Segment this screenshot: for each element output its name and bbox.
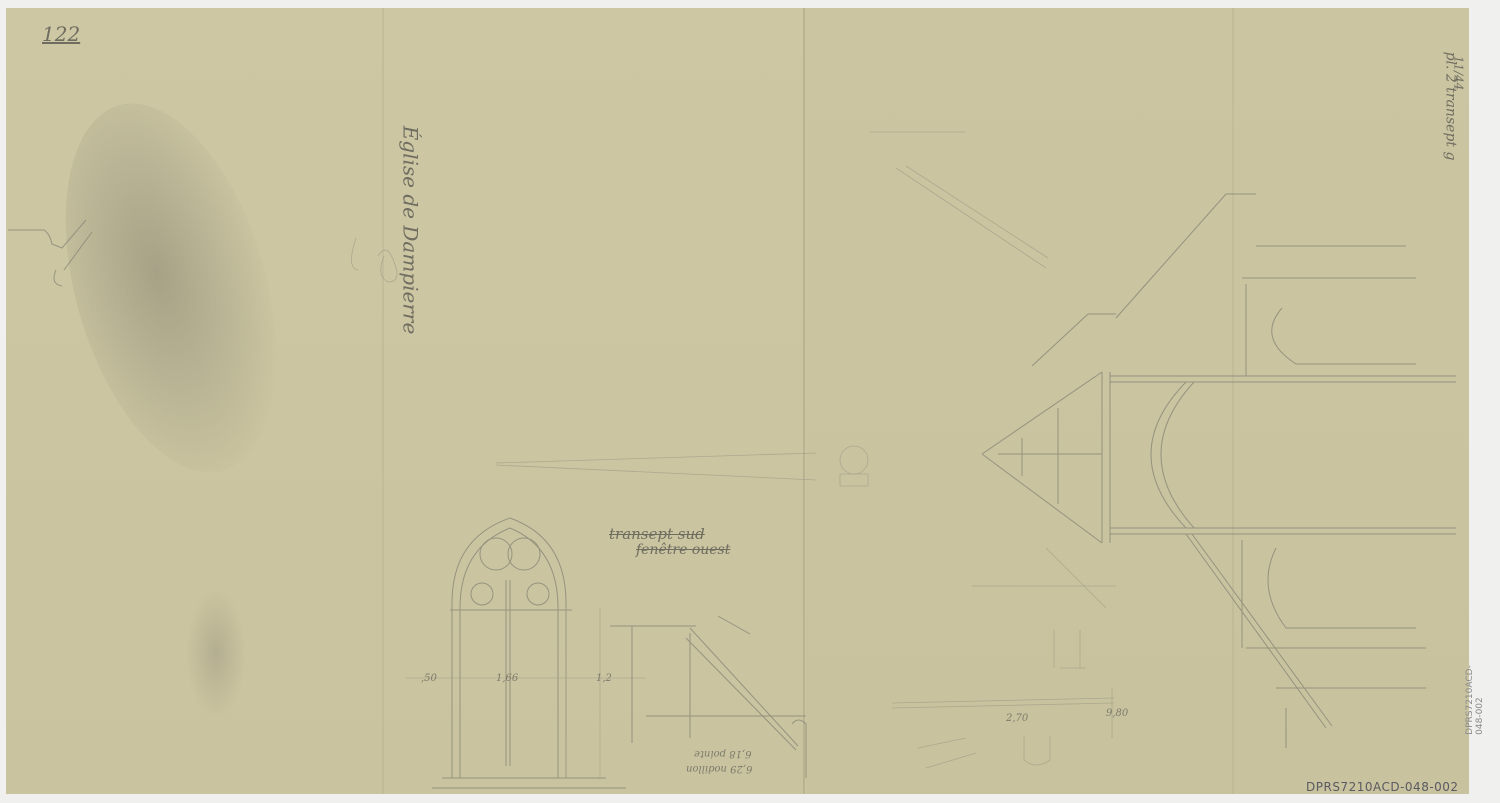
drawing-title: Église de Dampierre (398, 126, 422, 335)
dimension-c: 2,70 (1006, 713, 1028, 724)
roof-truss-section (982, 194, 1456, 748)
plate-reference-number: 11/44 (1451, 56, 1465, 91)
caption-window: fenêtre ouest (636, 542, 730, 558)
left-dimension: ,50 (421, 673, 437, 684)
window-width-dimension: 1,66 (496, 673, 518, 684)
drawing-sheet: 122 Église de Dampierre transept sud fen… (6, 8, 1469, 794)
molding-profiles (840, 446, 1116, 768)
inverted-note-2: 6,29 nodillon (686, 763, 752, 774)
dimension-b: 9,80 (1106, 708, 1128, 719)
caption-transept: transept sud (609, 525, 705, 543)
archive-reference: DPRS7210ACD-048-002 (1306, 780, 1459, 794)
dimension-a: 1,2 (596, 673, 612, 684)
inverted-note-1: 6,18 pointe (694, 748, 751, 759)
archive-side-reference: DPRS7210ACD-048-002 (1465, 665, 1485, 735)
sheet-number: 122 (42, 22, 80, 46)
window-elevation (406, 518, 646, 788)
pencil-sketch-lines (6, 8, 1469, 794)
